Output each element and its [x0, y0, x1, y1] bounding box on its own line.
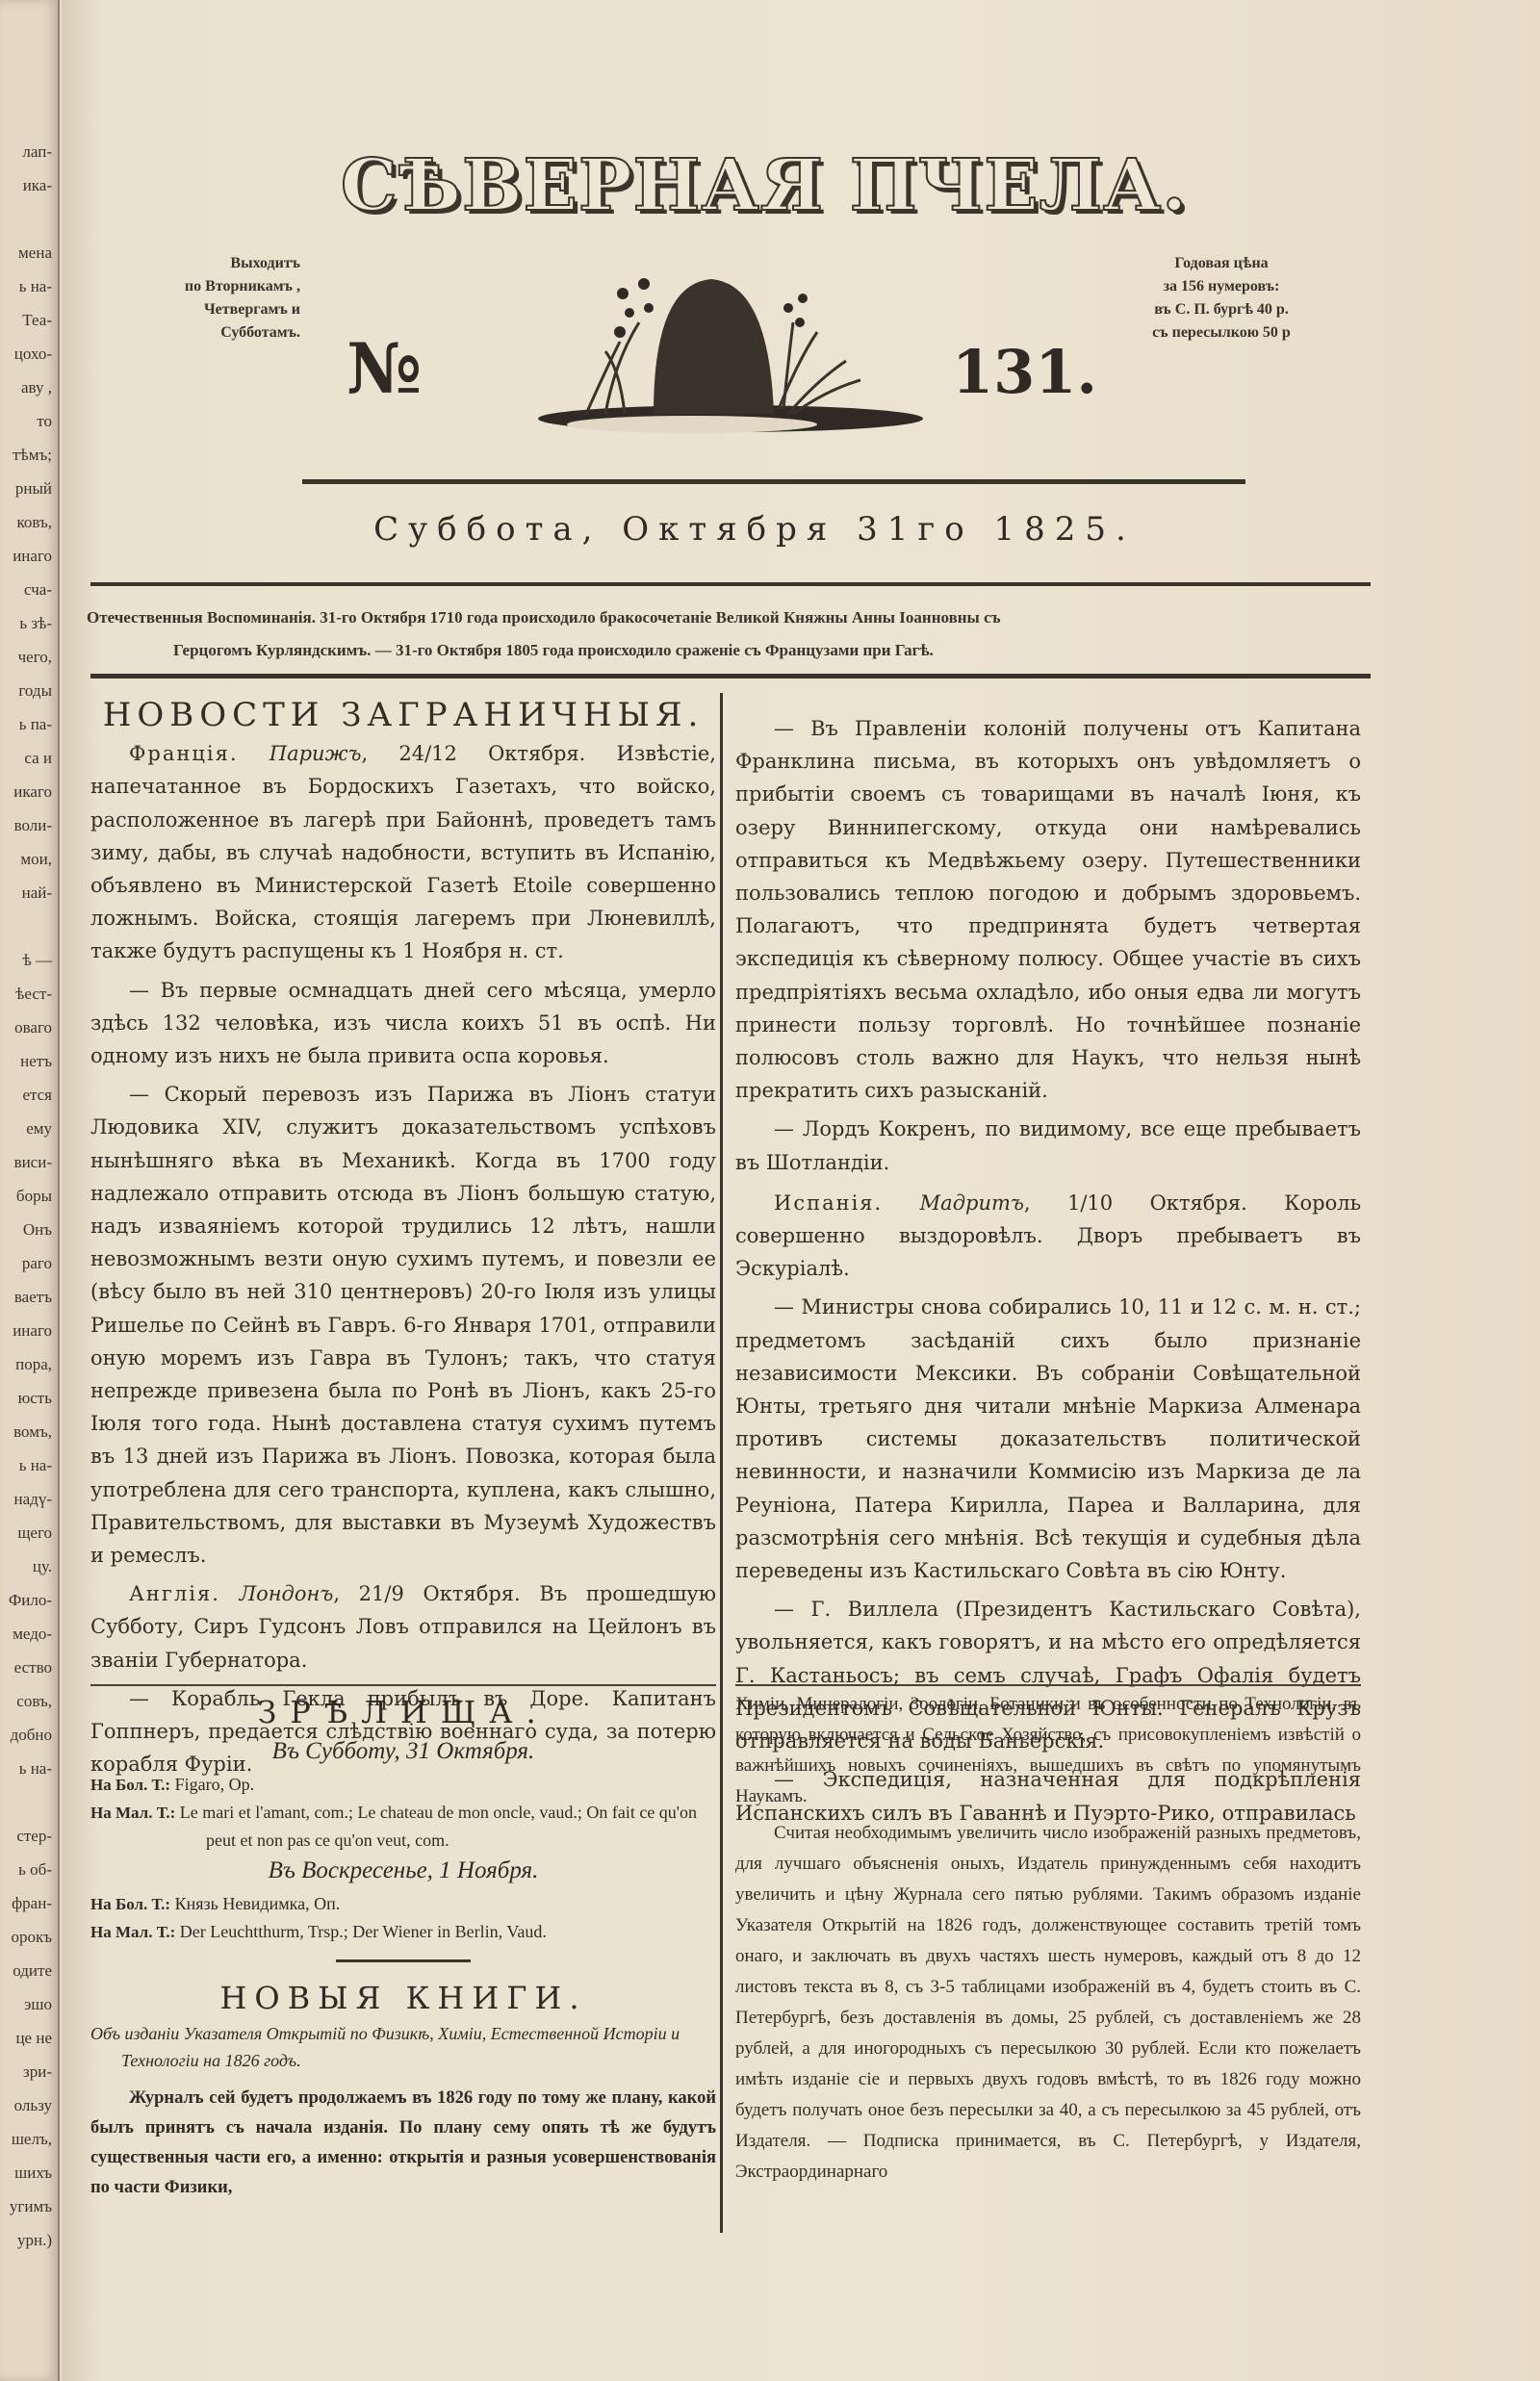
theatre-row: На Мал. Т.: Le mari et l'amant, com.; Le…: [90, 1799, 716, 1854]
previous-page-fragment: орокъ: [0, 1920, 58, 1954]
previous-page-fragment: вомъ,: [0, 1415, 58, 1448]
previous-page-fragment: нетъ: [0, 1044, 58, 1078]
news-city: Лондонъ: [240, 1582, 334, 1605]
previous-page-fragment: мои,: [0, 842, 58, 876]
previous-page-fragment: ь на-: [0, 1448, 58, 1482]
theatre-top-rule: [90, 1684, 716, 1686]
news-paragraph: — Лордъ Кокренъ, по видимому, все еще пр…: [735, 1113, 1361, 1178]
theatre-title: ЗРѢЛИЩА.: [90, 1694, 716, 1730]
previous-page-fragment: цу.: [0, 1549, 58, 1583]
previous-page-fragment: шихъ: [0, 2156, 58, 2189]
right-lower-rule: [735, 1684, 1361, 1686]
previous-page-fragment: ользу: [0, 2088, 58, 2122]
previous-page-fragment: мена: [0, 236, 58, 269]
theatre-program: Figaro, Op.: [175, 1775, 255, 1794]
previous-page-fragment: ь на-: [0, 269, 58, 303]
beehive-emblem-icon: [528, 255, 933, 438]
previous-page-fragment: Онъ: [0, 1213, 58, 1246]
previous-page-fragment: са и: [0, 741, 58, 775]
news-date: , 1/10 Октября.: [1024, 1191, 1247, 1215]
previous-page-fragment: инаго: [0, 539, 58, 573]
theatre-venue: На Мал. Т.:: [90, 1923, 175, 1941]
memories-bottom-rule: [90, 674, 1371, 678]
previous-page-fragment: ь на-: [0, 1752, 58, 1785]
previous-page-fragment: це не: [0, 2021, 58, 2055]
price-line: за 156 нумеровъ:: [1111, 275, 1332, 298]
news-paragraph: — Въ Правленіи колоній получены отъ Капи…: [735, 712, 1361, 1107]
previous-page-edge: лап-ика- менаь на-Теа-цохо-аву ,тотѣмъ;р…: [0, 0, 60, 2381]
news-text: Извѣстіе, напечатанное въ Бордоскихъ Газ…: [90, 742, 716, 962]
new-books-subtitle: Объ изданіи Указателя Открытій по Физикѣ…: [90, 2020, 716, 2074]
previous-page-fragment: лап-: [0, 135, 58, 168]
column-divider: [720, 693, 724, 2233]
masthead-title: СѢВЕРНАЯ ПЧЕЛА.: [321, 144, 1207, 227]
previous-page-fragment: най-: [0, 876, 58, 909]
previous-page-fragment: шелъ,: [0, 2122, 58, 2156]
memories-top-rule: [90, 582, 1371, 586]
news-country: Испанія.: [774, 1191, 883, 1215]
memories-line: Герцогомъ Курляндскимъ. — 31-го Октября …: [87, 634, 1386, 667]
pub-days-line: Четвергамъ и: [108, 298, 300, 321]
previous-page-fragment: Теа-: [0, 303, 58, 337]
theatre-row: На Бол. Т.: Князь Невидимка, Оп.: [90, 1890, 716, 1918]
previous-page-fragment: оваго: [0, 1011, 58, 1044]
previous-page-fragment: инаго: [0, 1314, 58, 1347]
theatre-row: На Мал. Т.: Der Leuchtthurm, Trsp.; Der …: [90, 1918, 716, 1946]
new-books-text: Журналъ сей будетъ продолжаемъ въ 1826 г…: [90, 2084, 716, 2203]
theatre-day: Въ Воскресенье, 1 Ноября.: [90, 1857, 716, 1884]
theatre-venue: На Мал. Т.:: [90, 1804, 175, 1822]
previous-page-fragment: боры: [0, 1179, 58, 1213]
section-separator: [336, 1959, 471, 1962]
new-books-paragraph: Химіи, Минералогіи, Зоологіи, Ботаники и…: [735, 1689, 1361, 1812]
theatre-program: Князь Невидимка, Оп.: [175, 1894, 341, 1913]
patriotic-memories: Отечественныя Воспоминанія. 31-го Октябр…: [87, 602, 1386, 667]
masthead-rule: [302, 479, 1245, 484]
previous-page-fragment: ь па-: [0, 707, 58, 741]
previous-page-fragment: урн.): [0, 2223, 58, 2257]
previous-page-fragment: юсть: [0, 1381, 58, 1415]
previous-page-fragment: медо-: [0, 1617, 58, 1651]
previous-page-fragment: ество: [0, 1651, 58, 1684]
news-country: Франція.: [129, 742, 239, 765]
pub-days-line: по Вторникамъ ,: [108, 275, 300, 298]
previous-page-fragment: угимъ: [0, 2189, 58, 2223]
numero-sign: №: [346, 327, 422, 409]
previous-page-fragment: виси-: [0, 1145, 58, 1179]
previous-page-fragment: ь зѣ-: [0, 606, 58, 640]
new-books-continued: Химіи, Минералогіи, Зоологіи, Ботаники и…: [735, 1689, 1361, 2193]
news-city: Мадритъ: [920, 1191, 1024, 1215]
previous-page-fragment: щего: [0, 1516, 58, 1549]
issue-number: 131.: [952, 337, 1097, 407]
previous-page-fragment: сча-: [0, 573, 58, 606]
previous-page-fragment: эшо: [0, 1987, 58, 2021]
previous-page-fragment: [0, 1785, 58, 1819]
previous-page-fragment: ковъ,: [0, 505, 58, 539]
memories-line: Отечественныя Воспоминанія. 31-го Октябр…: [87, 602, 1386, 634]
previous-page-fragment: добно: [0, 1718, 58, 1752]
new-books-title: НОВЫЯ КНИГИ.: [90, 1980, 716, 2016]
foreign-news-title: НОВОСТИ ЗАГРАНИЧНЫЯ.: [90, 699, 716, 731]
previous-page-fragment: раго: [0, 1246, 58, 1280]
news-date: , 24/12 Октября.: [361, 742, 585, 765]
news-paragraph: — Министры снова собирались 10, 11 и 12 …: [735, 1291, 1361, 1587]
previous-page-fragment: одите: [0, 1954, 58, 1987]
news-date: , 21/9 Октября.: [333, 1582, 520, 1605]
previous-page-fragment: воли-: [0, 808, 58, 842]
previous-page-fragment: тѣмъ;: [0, 438, 58, 472]
newspaper-page: СѢВЕРНАЯ ПЧЕЛА. Выходитъ по Вторникамъ ,…: [62, 0, 1540, 2381]
pub-days-line: Субботамъ.: [108, 321, 300, 345]
previous-page-fragment: пора,: [0, 1347, 58, 1381]
theatre-row: На Бол. Т.: Figaro, Op.: [90, 1771, 716, 1799]
previous-page-fragment: ется: [0, 1078, 58, 1112]
news-paragraph: Англія. Лондонъ, 21/9 Октября. Въ прошед…: [90, 1577, 716, 1677]
previous-page-fragment: икаго: [0, 775, 58, 808]
previous-page-fragment: ѣ —: [0, 943, 58, 977]
previous-page-fragment: цохо-: [0, 337, 58, 371]
previous-page-fragment: фран-: [0, 1886, 58, 1920]
news-paragraph: Франція. Парижъ, 24/12 Октября. Извѣстіе…: [90, 737, 716, 967]
news-paragraph: — Скорый перевозъ изъ Парижа въ Ліонъ ст…: [90, 1078, 716, 1572]
price-line: Годовая цѣна: [1111, 252, 1332, 275]
theatre-venue: На Бол. Т.:: [90, 1776, 170, 1794]
subscription-price: Годовая цѣна за 156 нумеровъ: въ С. П. б…: [1111, 252, 1332, 345]
new-books-paragraph: Считая необходимымъ увеличить число изоб…: [735, 1818, 1361, 2188]
previous-page-fragment: [0, 202, 58, 236]
previous-page-fragment: рный: [0, 472, 58, 505]
news-paragraph: Испанія. Мадритъ, 1/10 Октября. Король с…: [735, 1187, 1361, 1286]
theatre-listings: ЗРѢЛИЩА. Въ Субботу, 31 Октября. На Бол.…: [90, 1694, 716, 2203]
previous-page-fragment: ему: [0, 1112, 58, 1145]
foreign-news-left-column: НОВОСТИ ЗАГРАНИЧНЫЯ. Франція. Парижъ, 24…: [90, 699, 716, 1787]
previous-page-fragment: годы: [0, 674, 58, 707]
previous-page-fragment: [0, 909, 58, 943]
issue-date: Суббота, Октября 31го 1825.: [293, 510, 1217, 549]
previous-page-fragment: аву ,: [0, 371, 58, 404]
previous-page-fragment: надү-: [0, 1482, 58, 1516]
previous-page-fragment: ика-: [0, 168, 58, 202]
theatre-venue: На Бол. Т.:: [90, 1895, 170, 1913]
publication-days: Выходитъ по Вторникамъ , Четвергамъ и Су…: [108, 252, 300, 345]
news-paragraph: — Въ первые осмнадцать дней сего мѣсяца,…: [90, 974, 716, 1073]
pub-days-line: Выходитъ: [108, 252, 300, 275]
previous-page-fragment: ваетъ: [0, 1280, 58, 1314]
previous-page-fragment: Фило-: [0, 1583, 58, 1617]
previous-page-fragment: то: [0, 404, 58, 438]
foreign-news-right-column: — Въ Правленіи колоній получены отъ Капи…: [735, 712, 1361, 1835]
theatre-program: Der Leuchtthurm, Trsp.; Der Wiener in Be…: [180, 1922, 547, 1941]
previous-page-fragment: чего,: [0, 640, 58, 674]
theatre-program: Le mari et l'amant, com.; Le chateau de …: [180, 1803, 697, 1850]
price-line: въ С. П. бургѣ 40 р.: [1111, 298, 1332, 321]
previous-page-fragment: совъ,: [0, 1684, 58, 1718]
previous-page-fragment: ь об-: [0, 1853, 58, 1886]
news-country: Англія.: [129, 1582, 220, 1605]
news-city: Парижъ: [269, 742, 362, 765]
previous-page-fragment: зри-: [0, 2055, 58, 2088]
previous-page-fragment: ѣест-: [0, 977, 58, 1011]
theatre-day: Въ Субботу, 31 Октября.: [90, 1738, 716, 1765]
previous-page-fragment: стер-: [0, 1819, 58, 1853]
price-line: съ пересылкою 50 р: [1111, 321, 1332, 345]
